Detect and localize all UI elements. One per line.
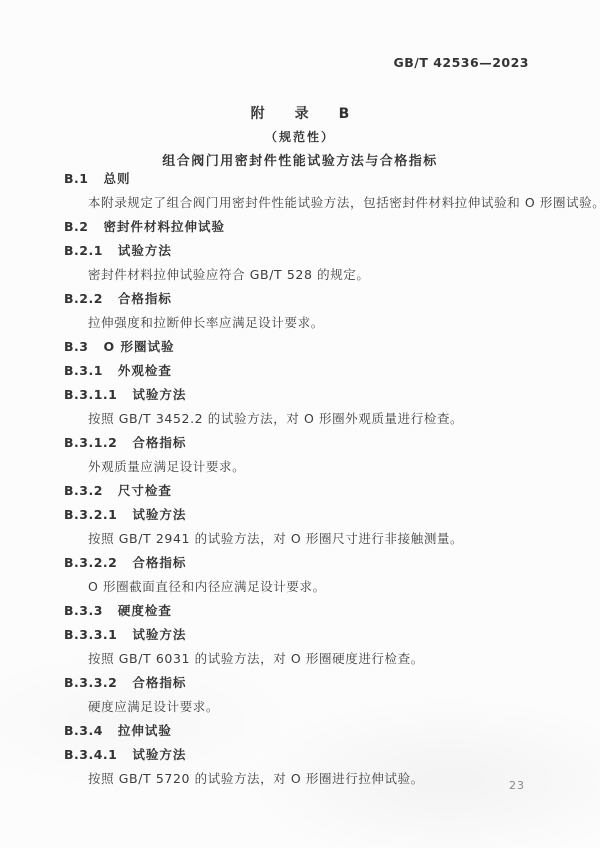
section-heading: B.3.1外观检查: [64, 359, 540, 383]
section-number: B.3.2.1: [64, 503, 117, 527]
paragraph: 密封件材料拉伸试验应符合 GB/T 528 的规定。: [64, 263, 540, 287]
section-heading: B.2密封件材料拉伸试验: [64, 215, 540, 239]
normative-label: （规范性）: [0, 128, 600, 145]
paragraph: 按照 GB/T 2941 的试验方法，对 O 形圈尺寸进行非接触测量。: [64, 527, 540, 551]
section-title: 外观检查: [118, 363, 172, 378]
section-number: B.3.1.1: [64, 383, 117, 407]
section-title: O 形圈试验: [103, 339, 174, 354]
section-number: B.3.4: [64, 719, 103, 743]
section-heading: B.2.1试验方法: [64, 239, 540, 263]
section-number: B.3.3.2: [64, 671, 117, 695]
section-number: B.3.2.2: [64, 551, 117, 575]
section-heading: B.2.2合格指标: [64, 287, 540, 311]
document-page: GB/T 42536—2023 附 录 B （规范性） 组合阀门用密封件性能试验…: [0, 0, 600, 848]
section-number: B.3.1: [64, 359, 103, 383]
paragraph: 按照 GB/T 3452.2 的试验方法，对 O 形圈外观质量进行检查。: [64, 407, 540, 431]
paragraph: 本附录规定了组合阀门用密封件性能试验方法，包括密封件材料拉伸试验和 O 形圈试验…: [64, 191, 540, 215]
standard-code: GB/T 42536—2023: [393, 55, 529, 70]
section-heading: B.3.1.1试验方法: [64, 383, 540, 407]
paragraph: O 形圈截面直径和内径应满足设计要求。: [64, 575, 540, 599]
section-number: B.3.1.2: [64, 431, 117, 455]
section-heading: B.3.1.2合格指标: [64, 431, 540, 455]
section-title: 试验方法: [132, 507, 186, 522]
paragraph: 外观质量应满足设计要求。: [64, 455, 540, 479]
section-heading: B.3.3硬度检查: [64, 599, 540, 623]
section-title: 总则: [103, 171, 130, 186]
section-number: B.3.3.1: [64, 623, 117, 647]
section-title: 尺寸检查: [118, 483, 172, 498]
section-heading: B.3.4.1试验方法: [64, 743, 540, 767]
section-number: B.2.2: [64, 287, 103, 311]
section-title: 合格指标: [132, 675, 186, 690]
paragraph: 按照 GB/T 5720 的试验方法，对 O 形圈进行拉伸试验。: [64, 767, 540, 791]
section-heading: B.3.3.2合格指标: [64, 671, 540, 695]
paragraph: 按照 GB/T 6031 的试验方法，对 O 形圈硬度进行检查。: [64, 647, 540, 671]
section-number: B.1: [64, 167, 88, 191]
section-title: 硬度检查: [118, 603, 172, 618]
section-number: B.3.2: [64, 479, 103, 503]
section-number: B.2.1: [64, 239, 103, 263]
section-title: 拉伸试验: [118, 723, 172, 738]
paragraph: 硬度应满足设计要求。: [64, 695, 540, 719]
section-title: 试验方法: [132, 387, 186, 402]
section-title: 密封件材料拉伸试验: [103, 219, 225, 234]
appendix-title: 附 录 B: [0, 103, 600, 123]
section-heading: B.3.2尺寸检查: [64, 479, 540, 503]
section-title: 合格指标: [132, 435, 186, 450]
section-heading: B.3.3.1试验方法: [64, 623, 540, 647]
section-number: B.3: [64, 335, 88, 359]
section-title: 试验方法: [118, 243, 172, 258]
page-number: 23: [509, 779, 525, 792]
section-title: 合格指标: [118, 291, 172, 306]
section-title: 试验方法: [132, 627, 186, 642]
section-heading: B.1总则: [64, 167, 540, 191]
section-title: 合格指标: [132, 555, 186, 570]
paragraph: 拉伸强度和拉断伸长率应满足设计要求。: [64, 311, 540, 335]
section-number: B.3.4.1: [64, 743, 117, 767]
section-heading: B.3.2.1试验方法: [64, 503, 540, 527]
section-heading: B.3.2.2合格指标: [64, 551, 540, 575]
section-heading: B.3O 形圈试验: [64, 335, 540, 359]
document-body: B.1总则本附录规定了组合阀门用密封件性能试验方法，包括密封件材料拉伸试验和 O…: [64, 167, 540, 791]
title-block: 附 录 B （规范性） 组合阀门用密封件性能试验方法与合格指标: [0, 103, 600, 169]
section-title: 试验方法: [132, 747, 186, 762]
section-number: B.3.3: [64, 599, 103, 623]
section-heading: B.3.4拉伸试验: [64, 719, 540, 743]
section-number: B.2: [64, 215, 88, 239]
